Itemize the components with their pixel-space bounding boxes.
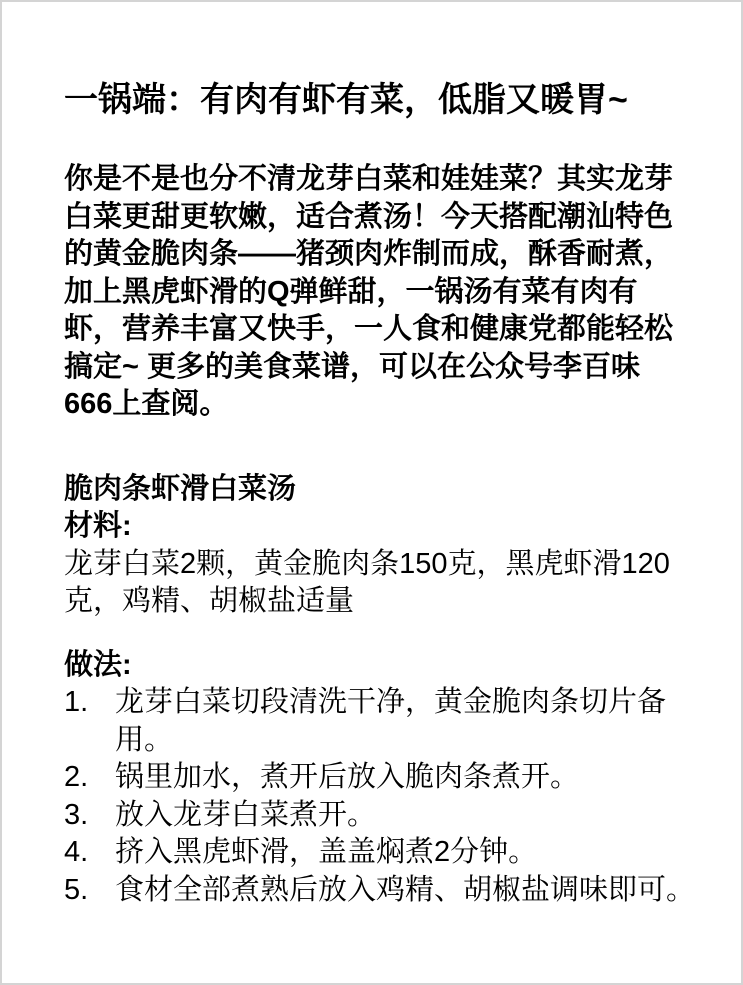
step-text: 挤入黑虎虾滑，盖盖焖煮2分钟。 xyxy=(115,834,706,872)
recipe-article: 一锅端：有肉有虾有菜，低脂又暖胃~ 你是不是也分不清龙芽白菜和娃娃菜？其实龙芽白… xyxy=(2,2,741,909)
step-item: 5. 食材全部煮熟后放入鸡精、胡椒盐调味即可。 xyxy=(64,872,706,910)
step-item: 1. 龙芽白菜切段清洗干净，黄金脆肉条切片备用。 xyxy=(64,684,706,759)
materials-text: 龙芽白菜2颗，黄金脆肉条150克，黑虎虾滑120克，鸡精、胡椒盐适量 xyxy=(64,546,690,621)
step-number: 4. xyxy=(64,834,115,872)
step-item: 2. 锅里加水，煮开后放入脆肉条煮开。 xyxy=(64,759,706,797)
step-number: 1. xyxy=(64,684,115,722)
recipe-name: 脆肉条虾滑白菜汤 xyxy=(64,471,706,509)
step-item: 4. 挤入黑虎虾滑，盖盖焖煮2分钟。 xyxy=(64,834,706,872)
step-text: 锅里加水，煮开后放入脆肉条煮开。 xyxy=(115,759,706,797)
step-number: 3. xyxy=(64,797,115,835)
article-title: 一锅端：有肉有虾有菜，低脂又暖胃~ xyxy=(64,80,706,120)
document-page: { "doc": { "title": "一锅端：有肉有虾有菜，低脂又暖胃~",… xyxy=(0,0,743,985)
step-text: 食材全部煮熟后放入鸡精、胡椒盐调味即可。 xyxy=(115,872,706,910)
intro-paragraph: 你是不是也分不清龙芽白菜和娃娃菜？其实龙芽白菜更甜更软嫩，适合煮汤！今天搭配潮汕… xyxy=(64,161,684,424)
steps-label: 做法: xyxy=(64,647,706,685)
step-text: 龙芽白菜切段清洗干净，黄金脆肉条切片备用。 xyxy=(115,684,706,759)
materials-label: 材料: xyxy=(64,508,706,546)
step-text: 放入龙芽白菜煮开。 xyxy=(115,797,706,835)
step-item: 3. 放入龙芽白菜煮开。 xyxy=(64,797,706,835)
steps-list: 1. 龙芽白菜切段清洗干净，黄金脆肉条切片备用。 2. 锅里加水，煮开后放入脆肉… xyxy=(64,684,706,909)
step-number: 5. xyxy=(64,872,115,910)
step-number: 2. xyxy=(64,759,115,797)
